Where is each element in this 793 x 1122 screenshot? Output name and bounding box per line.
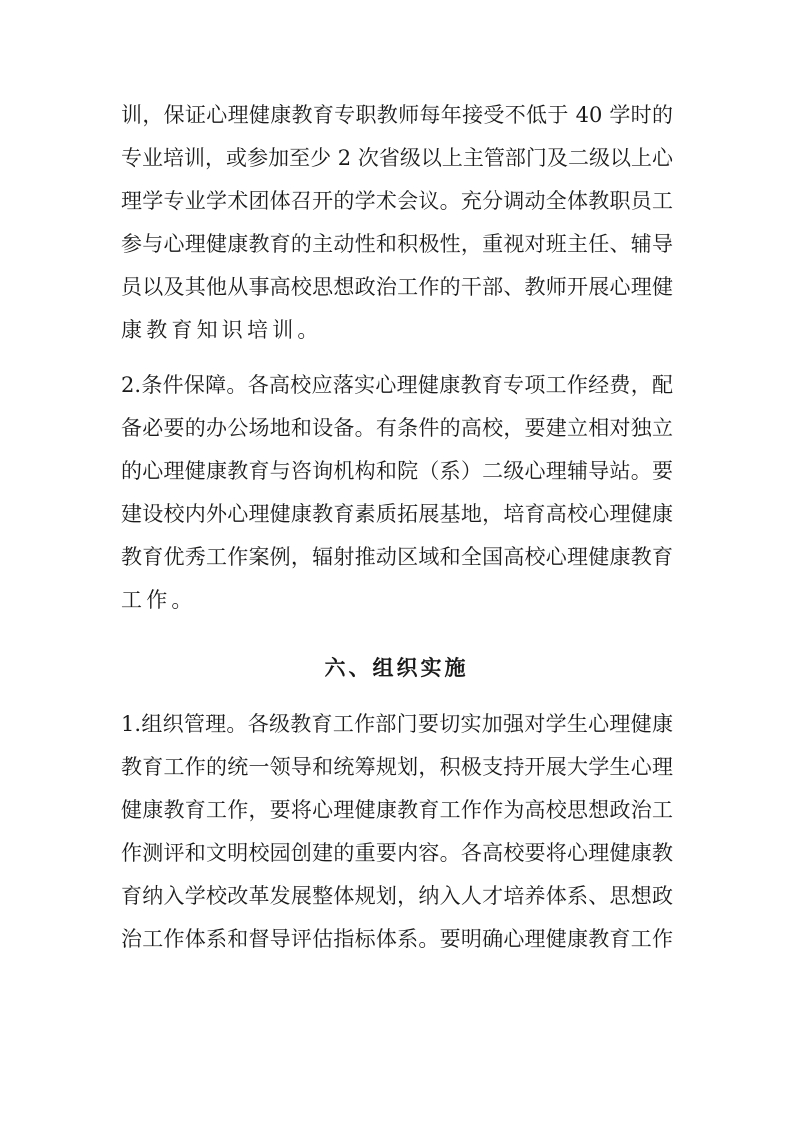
text-line: 2.条件保障。各高校应落实心理健康教育专项工作经费，配	[121, 370, 673, 400]
text-line: 备必要的办公场地和设备。有条件的高校，要建立相对独立	[121, 413, 673, 443]
section-heading: 六、组织实施	[0, 653, 793, 683]
text-line: 育纳入学校改革发展整体规划，纳入人才培养体系、思想政	[121, 881, 673, 911]
text-line: 健康教育工作，要将心理健康教育工作作为高校思想政治工	[121, 795, 673, 825]
text-line: 参与心理健康教育的主动性和积极性，重视对班主任、辅导	[121, 229, 673, 259]
text-line: 专业培训，或参加至少 2 次省级以上主管部门及二级以上心	[121, 143, 673, 173]
text-line: 教育优秀工作案例，辐射推动区域和全国高校心理健康教育	[121, 542, 673, 572]
text-line: 员以及其他从事高校思想政治工作的干部、教师开展心理健	[121, 272, 673, 302]
text-line: 的心理健康教育与咨询机构和院（系）二级心理辅导站。要	[121, 456, 673, 486]
text-line: 1.组织管理。各级教育工作部门要切实加强对学生心理健康	[121, 709, 673, 739]
text-line: 建设校内外心理健康教育素质拓展基地，培育高校心理健康	[121, 499, 673, 529]
text-line: 理学专业学术团体召开的学术会议。充分调动全体教职员工	[121, 186, 673, 216]
text-line: 作测评和文明校园创建的重要内容。各高校要将心理健康教	[121, 838, 673, 868]
text-line: 治工作体系和督导评估指标体系。要明确心理健康教育工作	[121, 924, 673, 954]
text-line: 工作。	[121, 585, 673, 615]
text-line: 训，保证心理健康教育专职教师每年接受不低于 40 学时的	[121, 100, 673, 130]
document-page: 训，保证心理健康教育专职教师每年接受不低于 40 学时的 专业培训，或参加至少 …	[0, 0, 793, 1122]
text-line: 教育工作的统一领导和统筹规划，积极支持开展大学生心理	[121, 752, 673, 782]
text-line: 康教育知识培训。	[121, 315, 673, 345]
